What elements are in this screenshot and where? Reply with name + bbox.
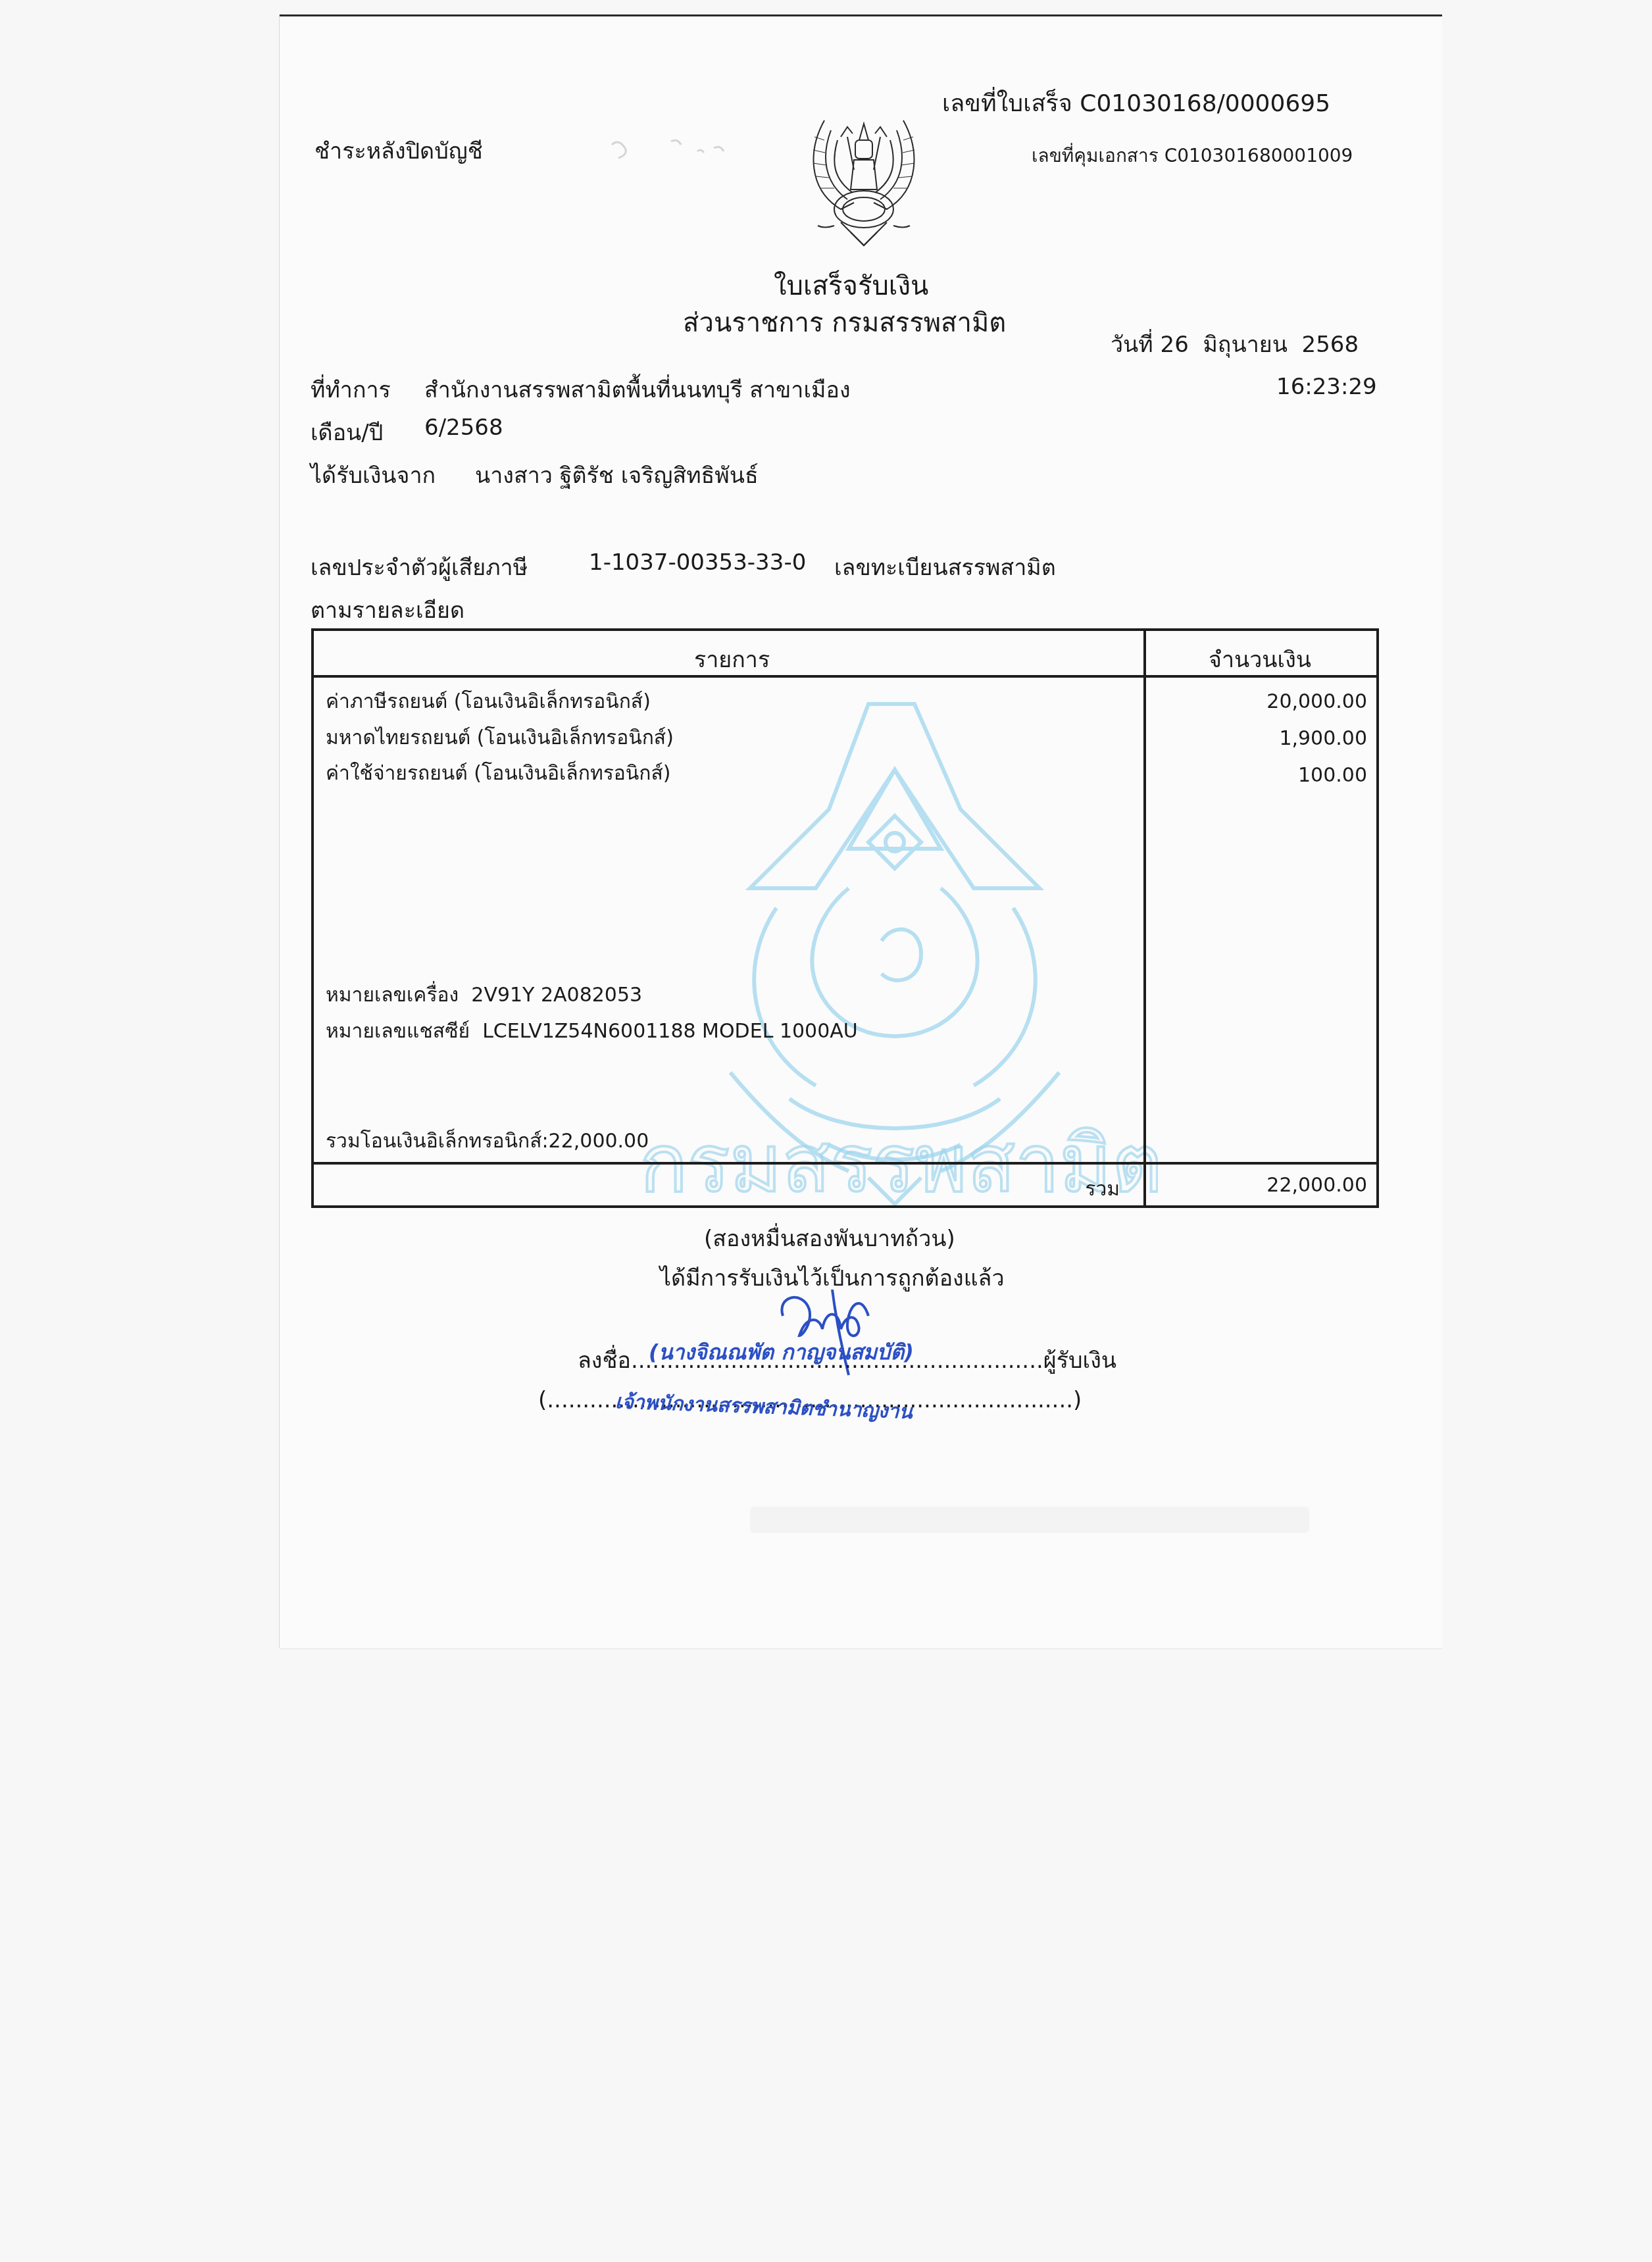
total-amount: 22,000.00 [1266,1174,1367,1197]
item-amount: 1,900.00 [1279,727,1367,750]
column-divider [1143,631,1146,1205]
item-description: ค่าภาษีรถยนต์ (โอนเงินอิเล็กทรอนิกส์) [326,686,651,717]
received-from-label: ได้รับเงินจาก [311,457,436,493]
details-label: ตามรายละเอียด [311,592,464,628]
department-title: ส่วนราชการ กรมสรรพสามิต [683,301,1006,343]
faint-stamp-mark [599,132,730,171]
control-number: C010301680001009 [1164,145,1353,166]
column-header-item: รายการ [694,641,770,677]
receipt-number-row: เลขที่ใบเสร็จ C01030168/0000695 [942,84,1330,122]
transfer-total: รวมโอนเงินอิเล็กทรอนิกส์:22,000.00 [326,1126,649,1157]
receipt-title: ใบเสร็จรับเงิน [774,264,928,307]
items-table: รายการ จำนวนเงิน ค่าภาษีรถยนต์ (โอนเงินอ… [311,628,1379,1208]
garuda-emblem-icon [801,111,926,255]
faint-bleed-through [750,1507,1309,1533]
chassis-number-value: LCELV1Z54N6001188 MODEL 1000AU [482,1020,858,1043]
item-amount: 100.00 [1298,764,1367,787]
period-label: เดือน/ปี [311,415,383,450]
column-header-amount: จำนวนเงิน [1209,641,1311,677]
transfer-total-value: 22,000.00 [549,1130,649,1153]
item-description: มหาดไทยรถยนต์ (โอนเงินอิเล็กทรอนิกส์) [326,722,674,753]
chassis-number: หมายเลขแชสซีย์ LCELV1Z54N6001188 MODEL 1… [326,1016,858,1047]
taxpayer-id-value: 1-1037-00353-33-0 [589,549,806,576]
taxpayer-id-label: เลขประจำตัวผู้เสียภาษี [311,549,528,585]
total-divider [314,1162,1376,1165]
received-from-value: นางสาว ฐิติรัช เจริญสิทธิพันธ์ [475,457,759,493]
date-month: มิถุนายน [1203,332,1288,358]
control-number-row: เลขที่คุมเอกสาร C010301680001009 [1032,141,1353,170]
signer-name-stamp: (นางจิณณพัต กาญจนสมบัติ) [649,1336,914,1369]
engine-number-value: 2V91Y 2A082053 [471,984,642,1007]
office-value: สำนักงานสรรพสามิตพื้นที่นนทบุรี สาขาเมือ… [424,372,850,407]
amount-in-words: (สองหมื่นสองพันบาทถ้วน) [704,1220,955,1256]
engine-number: หมายเลขเครื่อง 2V91Y 2A082053 [326,980,642,1011]
receipt-time: 16:23:29 [1276,374,1377,400]
date-year: 2568 [1302,332,1359,358]
total-label: รวม [1085,1174,1120,1205]
receipt-number-label: เลขที่ใบเสร็จ [942,90,1072,117]
office-label: ที่ทำการ [311,372,391,407]
item-amount: 20,000.00 [1266,690,1367,713]
control-number-label: เลขที่คุมเอกสาร [1032,145,1159,166]
payment-note: ชำระหลังปิดบัญชี [314,133,483,168]
sign-label: ลงชื่อ [578,1347,631,1374]
receiver-label: ผู้รับเงิน [1043,1347,1116,1374]
receipt-date: วันที่ 26 มิถุนายน 2568 [1111,326,1359,362]
period-value: 6/2568 [424,415,503,441]
receipt-number: C01030168/0000695 [1080,90,1330,117]
item-description: ค่าใช้จ่ายรถยนต์ (โอนเงินอิเล็กทรอนิกส์) [326,758,670,789]
date-day: 26 [1161,332,1189,358]
excise-reg-label: เลขทะเบียนสรรพสามิต [834,549,1056,585]
